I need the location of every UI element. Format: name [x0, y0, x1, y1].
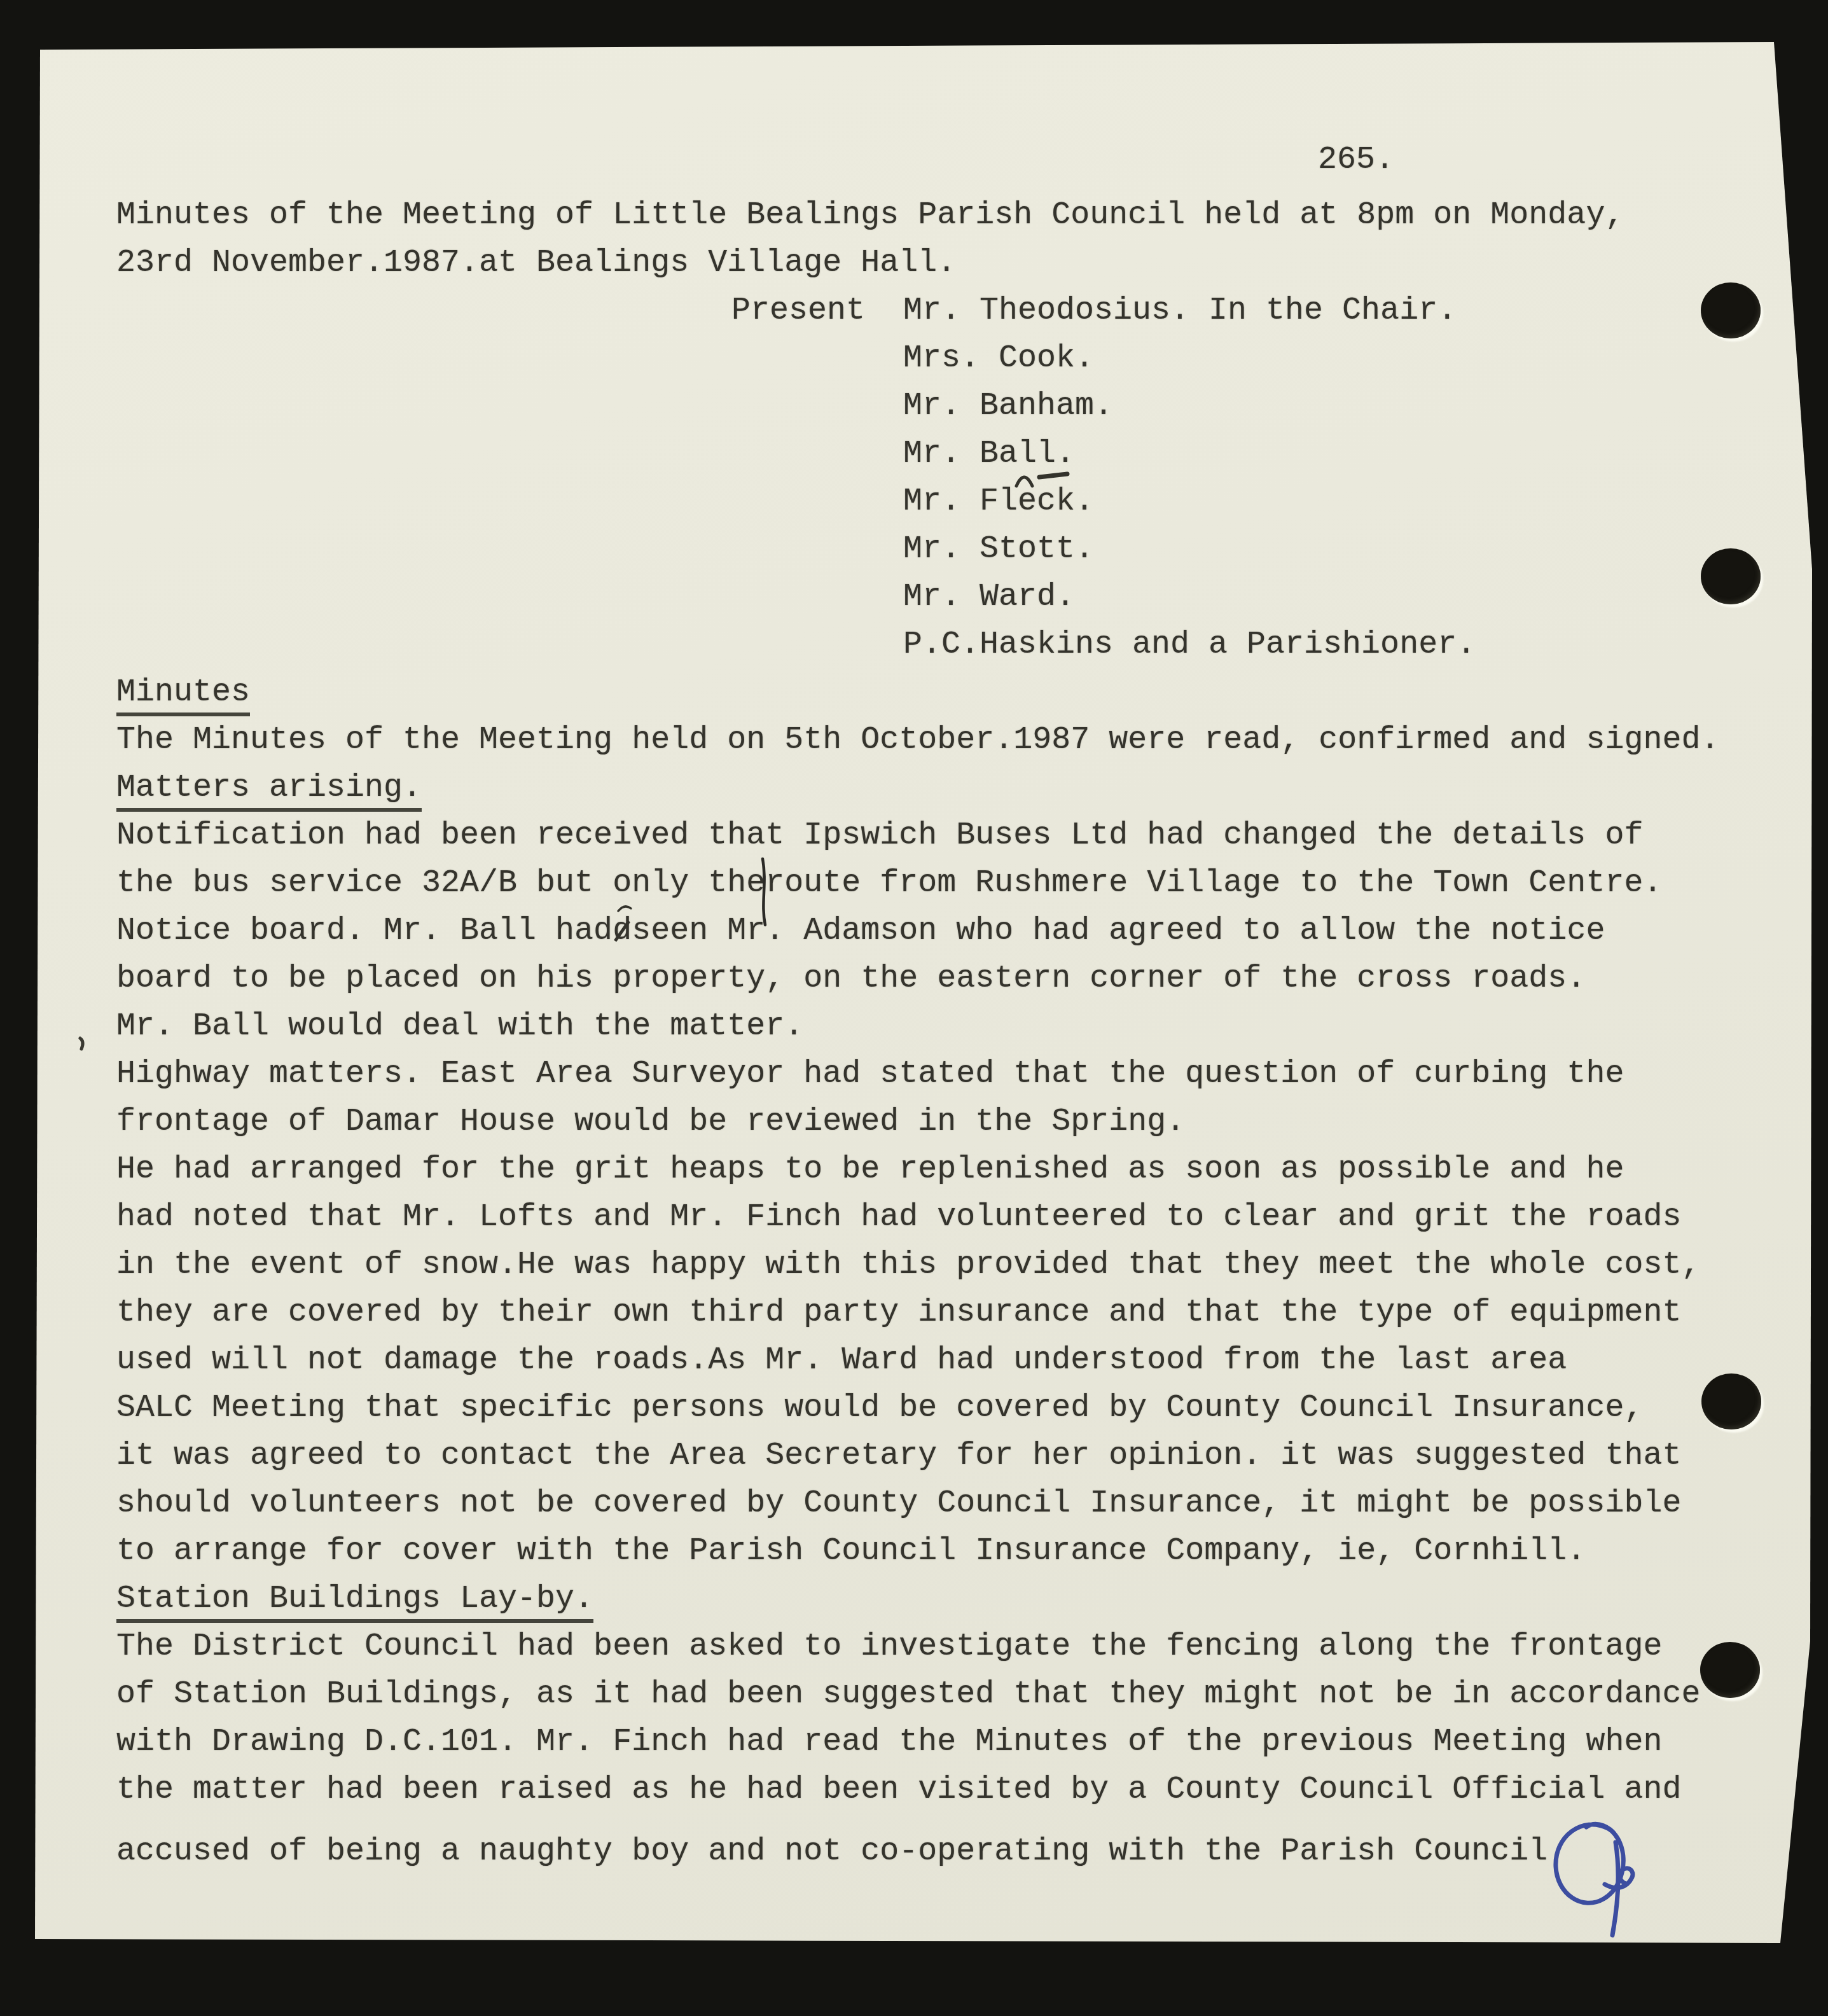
title-line-1: Minutes of the Meeting of Little Bealing…	[116, 191, 1624, 239]
body-line: had noted that Mr. Lofts and Mr. Finch h…	[116, 1193, 1681, 1241]
body-line: Mr. Ball would deal with the matter.	[116, 1003, 803, 1050]
body-line: with Drawing D.C.101. Mr. Finch had read…	[116, 1718, 1662, 1766]
punch-hole	[1700, 1642, 1760, 1698]
attendee: Mr. Ward.	[903, 573, 1075, 621]
body-line: frontage of Damar House would be reviewe…	[116, 1098, 1185, 1146]
heading-text: Matters arising.	[116, 770, 422, 812]
body-line: Notification had been received that Ipsw…	[116, 812, 1643, 859]
struck-character: d	[613, 907, 632, 955]
title-line-2: 23rd November.1987.at Bealings Village H…	[116, 239, 956, 287]
body-line: of Station Buildings, as it had been sug…	[116, 1671, 1700, 1718]
attendee: Mr. Ball.	[903, 430, 1075, 478]
body-line: they are covered by their own third part…	[116, 1289, 1681, 1337]
body-line: SALC Meeting that specific persons would…	[116, 1384, 1643, 1432]
attendee: Mr. Banham.	[903, 382, 1113, 430]
section-heading-station-buildings: Station Buildings Lay-by.	[116, 1575, 593, 1623]
body-line: Highway matters. East Area Surveyor had …	[116, 1050, 1624, 1098]
body-line: the bus service 32A/B but only theroute …	[116, 859, 1662, 907]
attendee: Mr. Stott.	[903, 525, 1094, 573]
present-label: Present	[731, 287, 865, 335]
line-part: seen Mr. Adamson who had agreed to allow…	[632, 913, 1605, 949]
body-line: the matter had been raised as he had bee…	[116, 1766, 1681, 1814]
heading-text: Minutes	[116, 674, 250, 716]
body-line: it was agreed to contact the Area Secret…	[116, 1432, 1681, 1480]
body-line: accused of being a naughty boy and not c…	[116, 1828, 1548, 1875]
page-number: 265.	[1318, 136, 1394, 184]
attendee: Mr. Fleck.	[903, 478, 1094, 525]
body-line: in the event of snow.He was happy with t…	[116, 1241, 1700, 1289]
body-line: He had arranged for the grit heaps to be…	[116, 1146, 1624, 1193]
body-line: used will not damage the roads.As Mr. Wa…	[116, 1337, 1567, 1384]
body-line: to arrange for cover with the Parish Cou…	[116, 1527, 1586, 1575]
punch-hole	[1701, 548, 1761, 604]
body-line: should volunteers not be covered by Coun…	[116, 1480, 1681, 1527]
heading-text: Station Buildings Lay-by.	[116, 1581, 593, 1623]
scanned-document-page: { "page": { "number": "265.", "colors": …	[0, 0, 1828, 2016]
paper-sheet: 265. Minutes of the Meeting of Little Be…	[0, 0, 1828, 2016]
line-part: Notice board. Mr. Ball had	[116, 913, 613, 949]
body-line: The District Council had been asked to i…	[116, 1623, 1662, 1671]
attendee-chairman: Mr. Theodosius. In the Chair.	[903, 287, 1457, 335]
section-heading-minutes: Minutes	[116, 669, 250, 716]
minutes-text: The Minutes of the Meeting held on 5th O…	[116, 716, 1719, 764]
attendee: P.C.Haskins and a Parishioner.	[903, 621, 1476, 669]
punch-hole	[1701, 1373, 1761, 1429]
attendee: Mrs. Cook.	[903, 335, 1094, 382]
punch-hole	[1701, 282, 1761, 338]
section-heading-matters-arising: Matters arising.	[116, 764, 422, 812]
body-line: board to be placed on his property, on t…	[116, 955, 1586, 1003]
body-line-with-correction: Notice board. Mr. Ball haddseen Mr. Adam…	[116, 907, 1605, 955]
